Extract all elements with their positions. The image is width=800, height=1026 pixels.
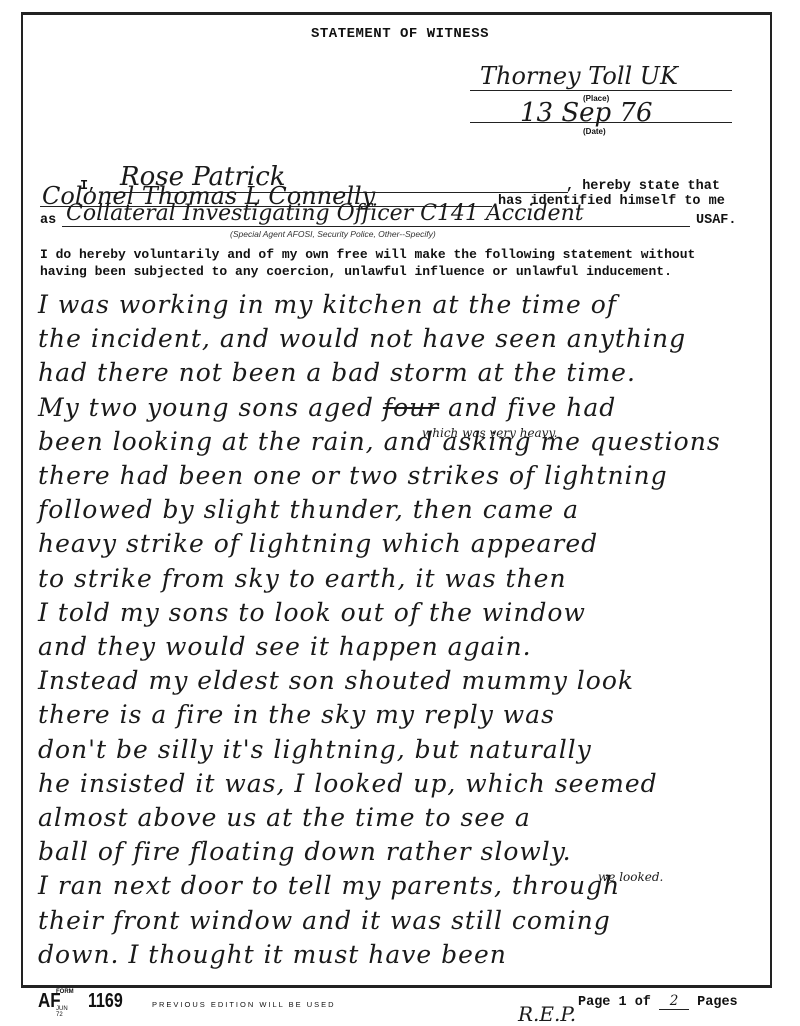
statement-line: I told my sons to look out of the window: [38, 598, 586, 627]
statement-line: followed by slight thunder, then came a: [38, 495, 579, 524]
page-prefix: Page 1 of: [578, 995, 651, 1010]
statement-line: down. I thought it must have been: [38, 940, 507, 969]
statement-line: been looking at the rain, and asking me …: [38, 427, 721, 456]
insertion-parents-note: we looked.: [598, 870, 663, 884]
statement-line: I was working in my kitchen at the time …: [38, 290, 617, 319]
place-line: [470, 90, 732, 91]
place-value: Thorney Toll UK: [480, 62, 678, 90]
page-total: 2: [659, 993, 689, 1010]
statement-line: I ran next door to tell my parents, thro…: [38, 871, 620, 900]
statement-line: ball of fire floating down rather slowly…: [38, 837, 572, 866]
statement-line: their front window and it was still comi…: [38, 906, 611, 935]
officer-role: Collateral Investigating Officer C141 Ac…: [66, 201, 584, 226]
statement-line: to strike from sky to earth, it was then: [38, 564, 567, 593]
statement-line: don't be silly it's lightning, but natur…: [38, 735, 592, 764]
statement-line: and they would see it happen again.: [38, 632, 532, 661]
page-suffix: Pages: [697, 995, 738, 1010]
page-indicator: Page 1 of 2 Pages: [578, 993, 738, 1010]
as-prefix: as: [40, 213, 56, 228]
form-date: JUN 72: [56, 1006, 68, 1018]
statement-line: almost above us at the time to see a: [38, 803, 531, 832]
role-caption: (Special Agent AFOSI, Security Police, O…: [230, 229, 436, 239]
declaration-line-2: having been subjected to any coercion, u…: [40, 264, 672, 279]
date-caption: (Date): [583, 127, 606, 136]
statement-line: the incident, and would not have seen an…: [38, 324, 686, 353]
statement-line: there had been one or two strikes of lig…: [38, 461, 668, 490]
statement-line: heavy strike of lightning which appeared: [38, 529, 598, 558]
struck-word: four: [383, 393, 439, 422]
statement-line: he insisted it was, I looked up, which s…: [38, 769, 658, 798]
insertion-rain-note: which was very heavy.: [422, 426, 557, 440]
statement-line: there is a fire in the sky my reply was: [38, 700, 555, 729]
state-suffix: , hereby state that: [566, 179, 720, 194]
form-word: FORM: [56, 989, 74, 995]
declaration-line-1: I do hereby voluntarily and of my own fr…: [40, 247, 695, 262]
previous-edition-note: PREVIOUS EDITION WILL BE USED: [152, 1000, 336, 1009]
statement-line: had there not been a bad storm at the ti…: [38, 358, 636, 387]
form-title: STATEMENT OF WITNESS: [0, 26, 800, 42]
date-value: 13 Sep 76: [520, 98, 653, 128]
statement-line: Instead my eldest son shouted mummy look: [38, 666, 634, 695]
officer-role-line: [62, 226, 690, 227]
initials: R.E.P.: [518, 1002, 576, 1026]
statement-line: My two young sons aged four and five had: [38, 393, 616, 422]
form-number: 1169: [88, 990, 123, 1013]
usaf-suffix: USAF.: [696, 213, 737, 228]
